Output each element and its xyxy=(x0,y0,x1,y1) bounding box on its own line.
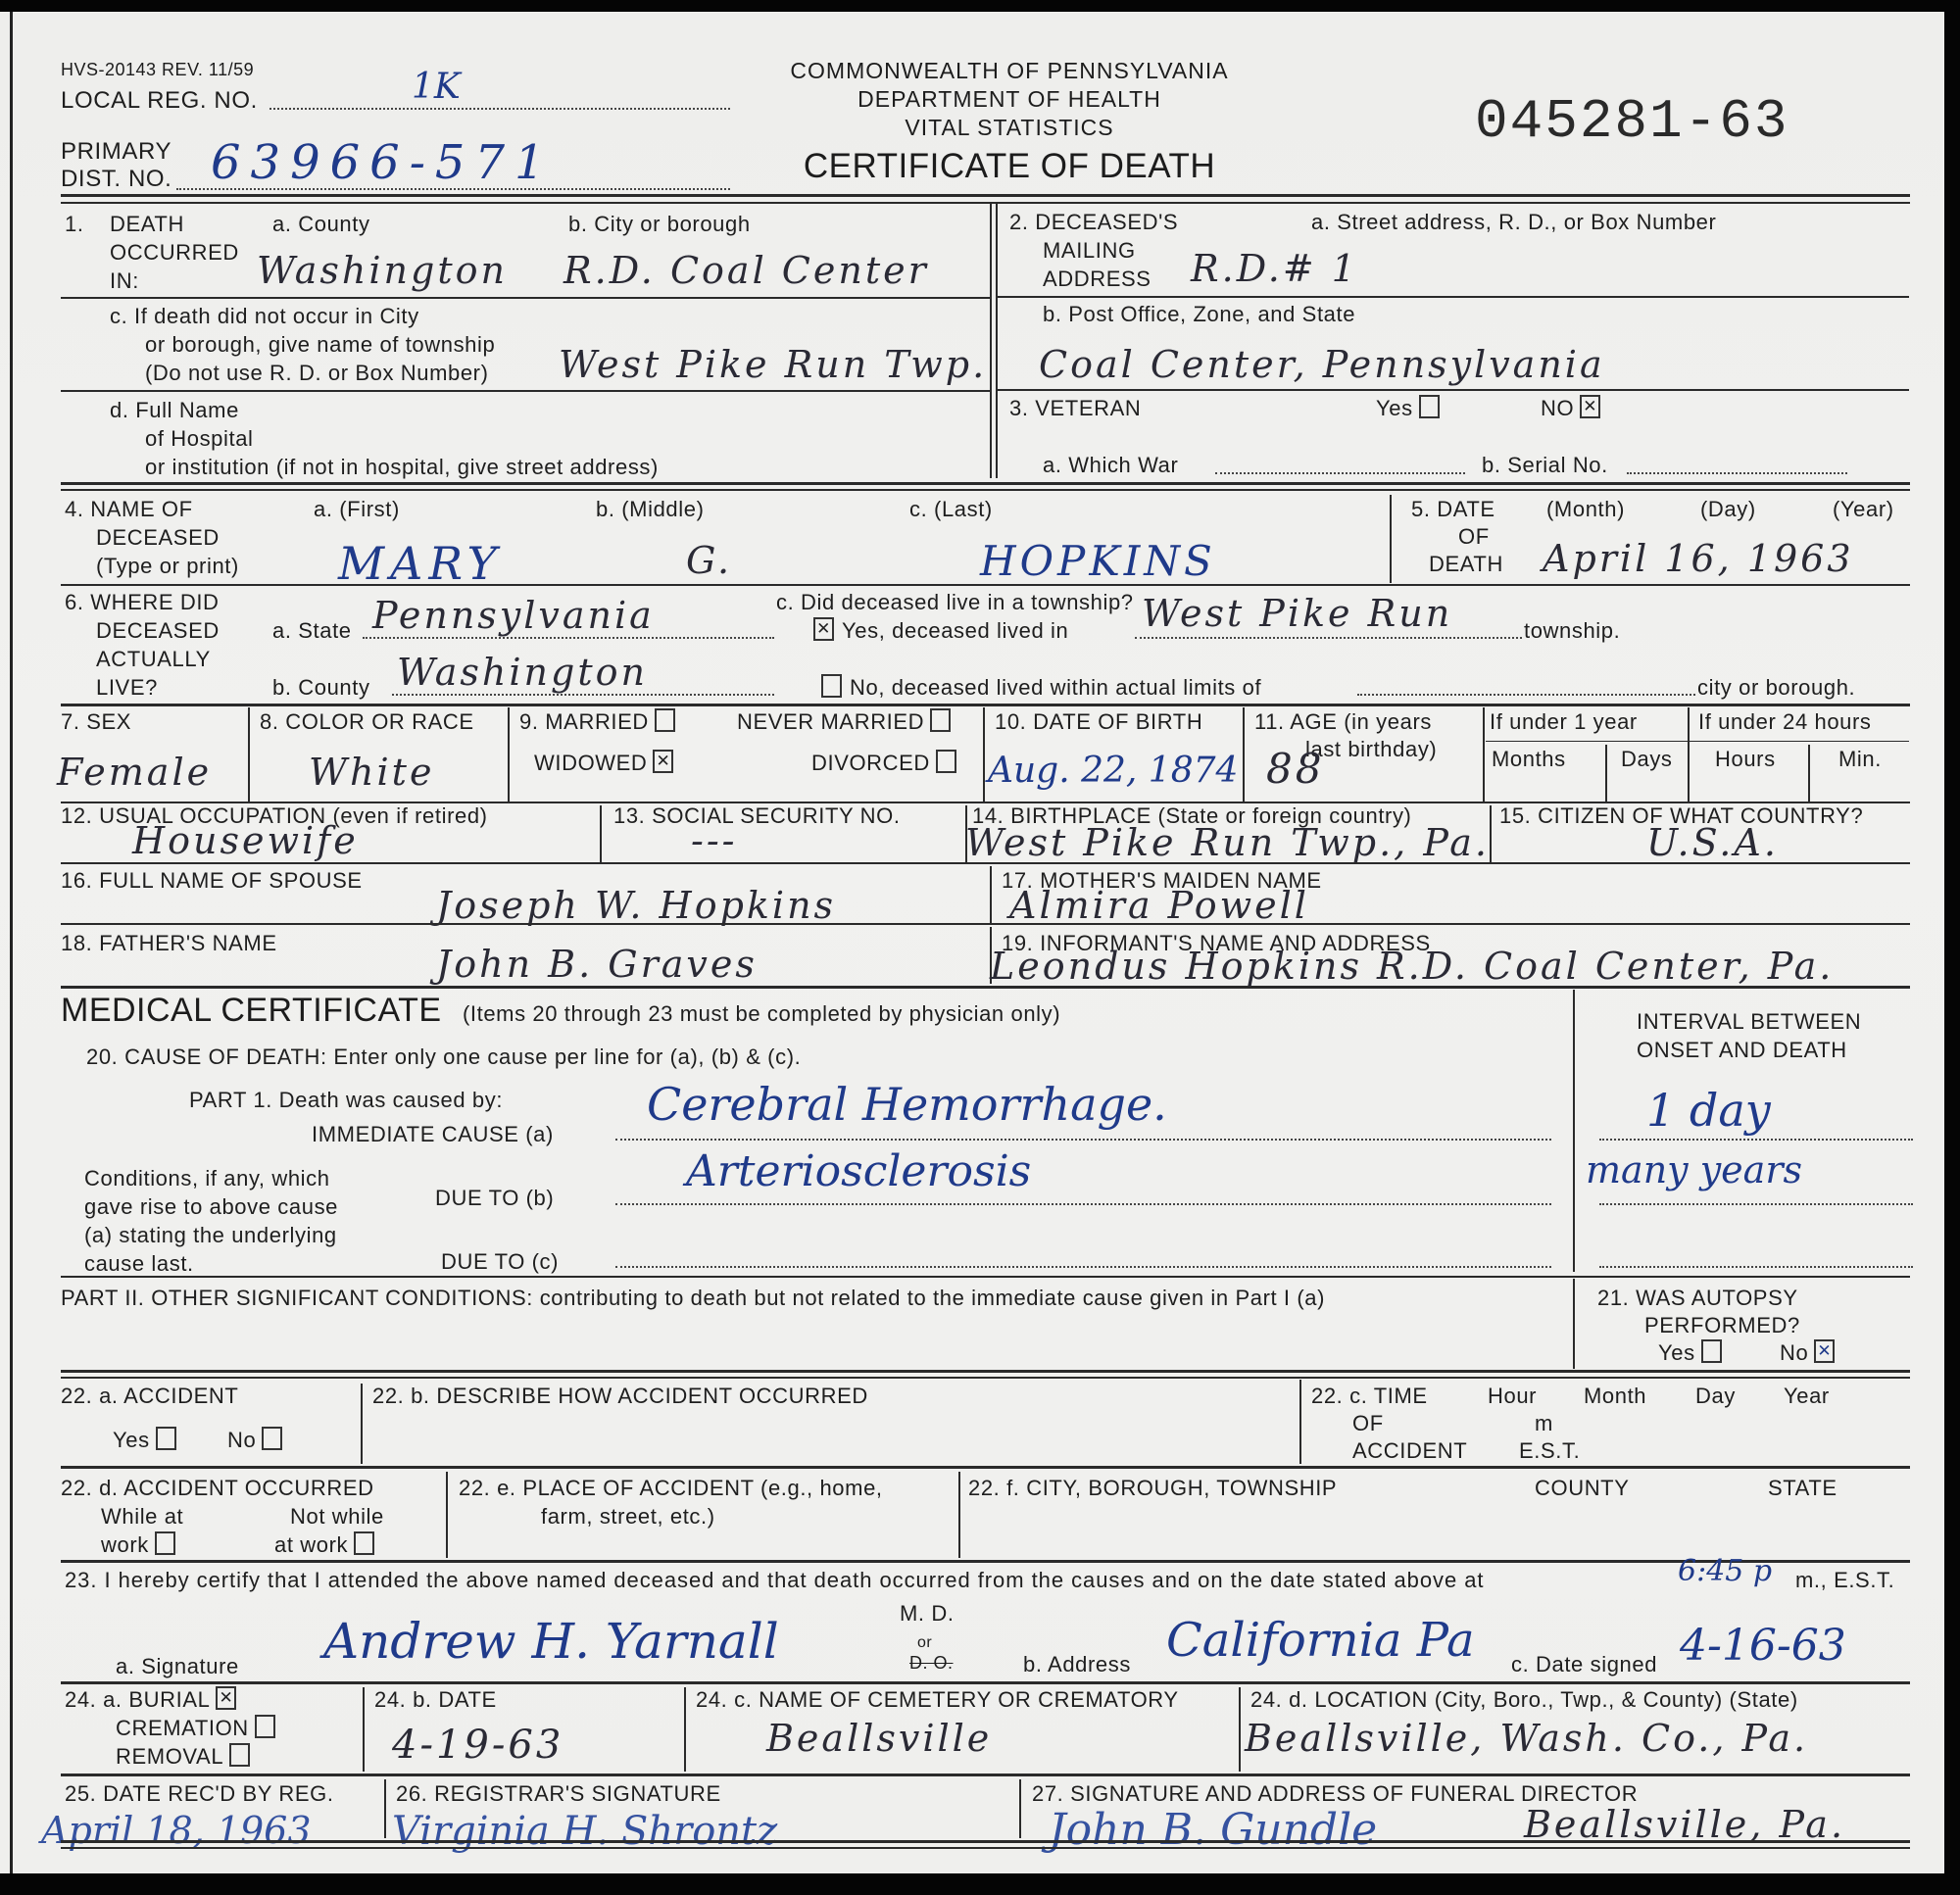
interval-c-field[interactable] xyxy=(1599,1266,1913,1268)
part2-rule xyxy=(61,1370,1910,1373)
widowed-checkbox[interactable] xyxy=(653,750,673,773)
cemetery-label: 24. c. NAME OF CEMETERY OR CREMATORY xyxy=(696,1685,1179,1714)
interval-label-1: INTERVAL BETWEEN xyxy=(1637,1007,1861,1036)
item1-rule-c xyxy=(61,390,990,392)
death-city-value[interactable]: R.D. Coal Center xyxy=(563,249,929,292)
burial-option[interactable]: 24. a. BURIAL xyxy=(65,1685,236,1714)
header-rule-2 xyxy=(61,202,1910,204)
death-time-suffix: m., E.S.T. xyxy=(1795,1566,1894,1594)
agency-line-3: VITAL STATISTICS xyxy=(755,114,1264,142)
item1-divider xyxy=(990,204,992,478)
interval-label-2: ONSET AND DEATH xyxy=(1637,1036,1847,1064)
death-township-label-3: (Do not use R. D. or Box Number) xyxy=(145,359,489,387)
occupation-value[interactable]: Housewife xyxy=(132,819,359,862)
item1-divider-2 xyxy=(996,204,998,478)
v-26-27 xyxy=(1019,1779,1021,1838)
date-received-label: 25. DATE REC'D BY REG. xyxy=(65,1779,334,1808)
serial-no-label: b. Serial No. xyxy=(1482,451,1608,479)
under-1-year-label: If under 1 year xyxy=(1490,707,1638,736)
divorced-checkbox[interactable] xyxy=(936,750,956,773)
part2-label: PART II. OTHER SIGNIFICANT CONDITIONS: c… xyxy=(61,1284,1325,1312)
age-label-2: last birthday) xyxy=(1305,735,1437,763)
conditions-text-1: Conditions, if any, which xyxy=(84,1164,330,1192)
v-11-under1 xyxy=(1483,707,1485,802)
interval-divider xyxy=(1573,990,1575,1272)
accident-state-label: STATE xyxy=(1768,1474,1837,1502)
v-25-26 xyxy=(384,1779,386,1838)
name-label-3: (Type or print) xyxy=(96,552,239,580)
v-24b-24c xyxy=(684,1687,686,1772)
autopsy-yes-checkbox[interactable] xyxy=(1701,1339,1722,1363)
township-suffix: township. xyxy=(1524,616,1620,645)
section-rule-1 xyxy=(61,482,1910,485)
agency-line-1: COMMONWEALTH OF PENNSYLVANIA xyxy=(755,57,1264,85)
veteran-no-label: NO xyxy=(1541,396,1574,420)
married-option[interactable]: 9. MARRIED xyxy=(519,707,675,736)
item2-rule-b xyxy=(998,389,1909,391)
item5-divider xyxy=(1390,495,1392,583)
row16-rule xyxy=(61,923,1910,925)
conditions-text-3: (a) stating the underlying xyxy=(84,1221,337,1249)
married-checkbox[interactable] xyxy=(655,708,675,732)
death-township-label-1: c. If death did not occur in City xyxy=(110,302,419,330)
widowed-option[interactable]: WIDOWED xyxy=(534,749,673,777)
cemetery-location-label: 24. d. LOCATION (City, Boro., Twp., & Co… xyxy=(1250,1685,1798,1714)
burial-date-label: 24. b. DATE xyxy=(374,1685,497,1714)
never-married-option[interactable]: NEVER MARRIED xyxy=(737,707,951,736)
place-of-accident-label-1: 22. e. PLACE OF ACCIDENT (e.g., home, xyxy=(459,1474,883,1502)
page-title: CERTIFICATE OF DEATH xyxy=(755,147,1264,186)
race-label: 8. COLOR OR RACE xyxy=(260,707,474,736)
v-24c-24d xyxy=(1239,1687,1241,1772)
age-value[interactable]: 88 xyxy=(1266,745,1324,793)
cremation-option[interactable]: CREMATION xyxy=(116,1714,275,1742)
autopsy-no-label: No xyxy=(1780,1340,1808,1365)
removal-option[interactable]: REMOVAL xyxy=(116,1742,250,1771)
residence-county-value[interactable]: Washington xyxy=(397,651,648,694)
due-to-c-label: DUE TO (c) xyxy=(441,1247,559,1276)
medical-subtitle: (Items 20 through 23 must be completed b… xyxy=(463,999,1060,1028)
part2-rule-b xyxy=(61,1377,1910,1379)
residence-label-4: LIVE? xyxy=(96,673,158,702)
accident-time-label-1: 22. c. TIME xyxy=(1311,1382,1428,1410)
accident-m-label: m xyxy=(1535,1409,1553,1437)
accident-label: 22. a. ACCIDENT xyxy=(61,1382,238,1410)
physician-signature[interactable]: Andrew H. Yarnall xyxy=(323,1613,779,1670)
part2-divider xyxy=(1573,1279,1575,1369)
never-married-checkbox[interactable] xyxy=(930,708,951,732)
burial-checkbox[interactable] xyxy=(216,1686,236,1710)
street-address-label: a. Street address, R. D., or Box Number xyxy=(1311,208,1716,236)
post-office-value[interactable]: Coal Center, Pennsylvania xyxy=(1039,343,1605,386)
item1-label-1: DEATH xyxy=(110,210,184,238)
v-7-8 xyxy=(248,707,250,802)
medical-certificate-title: MEDICAL CERTIFICATE xyxy=(61,992,442,1030)
item2-label-3: ADDRESS xyxy=(1043,265,1151,293)
interval-b-value[interactable]: many years xyxy=(1586,1148,1802,1191)
v-hours-min xyxy=(1808,745,1810,802)
last-name-value[interactable]: HOPKINS xyxy=(980,537,1216,585)
do-label: D. O. xyxy=(909,1650,954,1676)
widowed-label: WIDOWED xyxy=(534,751,647,775)
cremation-checkbox[interactable] xyxy=(255,1715,275,1738)
father-value[interactable]: John B. Graves xyxy=(436,943,758,986)
autopsy-yes-label: Yes xyxy=(1658,1340,1695,1365)
removal-checkbox[interactable] xyxy=(229,1743,250,1767)
row23-rule xyxy=(61,1681,1910,1684)
item1-number: 1. xyxy=(65,210,84,238)
form-number: HVS-20143 REV. 11/59 xyxy=(61,57,254,82)
name-label-2: DECEASED xyxy=(96,523,220,552)
veteran-yes-label: Yes xyxy=(1376,396,1413,420)
accident-hour-label: Hour xyxy=(1488,1382,1537,1410)
row18-rule xyxy=(61,986,1910,989)
ssn-label: 13. SOCIAL SECURITY NO. xyxy=(613,802,901,830)
due-to-b-label: DUE TO (b) xyxy=(435,1184,554,1212)
death-month-label: (Month) xyxy=(1546,495,1625,523)
removal-label: REMOVAL xyxy=(116,1744,223,1769)
township-yes-checkbox[interactable] xyxy=(813,617,834,641)
cremation-label: CREMATION xyxy=(116,1716,249,1740)
interval-a-value[interactable]: 1 day xyxy=(1646,1084,1771,1137)
bottom-rule-b xyxy=(61,1847,1910,1849)
race-value[interactable]: White xyxy=(309,751,434,794)
veteran-label: 3. VETERAN xyxy=(1009,394,1141,422)
age-label-1: 11. AGE (in years xyxy=(1254,707,1432,736)
part1-label: PART 1. Death was caused by: xyxy=(189,1086,503,1114)
death-year-label: (Year) xyxy=(1833,495,1894,523)
death-date-value[interactable]: April 16, 1963 xyxy=(1543,537,1854,580)
veteran-yes[interactable]: Yes xyxy=(1376,394,1440,422)
not-while-at-work-option[interactable]: at work xyxy=(274,1531,374,1559)
township-question: c. Did deceased live in a township? xyxy=(776,588,1134,616)
first-name-value[interactable]: MARY xyxy=(338,537,503,590)
death-day-label: (Day) xyxy=(1700,495,1756,523)
informant-value[interactable]: Leondus Hopkins R.D. Coal Center, Pa. xyxy=(990,945,1834,988)
v-16-17 xyxy=(990,866,992,923)
row22a-rule xyxy=(61,1466,1910,1469)
hospital-label-2: of Hospital xyxy=(145,424,254,453)
bottom-rule xyxy=(61,1840,1910,1843)
min-label: Min. xyxy=(1838,745,1882,773)
v-months-days xyxy=(1605,745,1607,802)
hours-label: Hours xyxy=(1715,745,1776,773)
death-date-label-2: OF xyxy=(1458,522,1490,551)
autopsy-no-checkbox[interactable] xyxy=(1814,1339,1835,1363)
mother-maiden-value[interactable]: Almira Powell xyxy=(1009,884,1309,927)
v-22d-22e xyxy=(446,1472,448,1558)
burial-label: 24. a. BURIAL xyxy=(65,1687,210,1712)
registrar-signature-label: 26. REGISTRAR'S SIGNATURE xyxy=(396,1779,721,1808)
residence-state-value[interactable]: Pennsylvania xyxy=(372,594,655,637)
months-label: Months xyxy=(1492,745,1566,773)
death-county-label: a. County xyxy=(272,210,370,238)
post-office-label: b. Post Office, Zone, and State xyxy=(1043,300,1355,328)
item6-rule xyxy=(61,704,1910,706)
autopsy-yes-option[interactable]: Yes xyxy=(1658,1338,1722,1367)
due-to-b-value[interactable]: Arteriosclerosis xyxy=(686,1146,1031,1196)
father-label: 18. FATHER'S NAME xyxy=(61,929,277,957)
item2-label-1: 2. DECEASED'S xyxy=(1009,208,1178,236)
while-at-work-option[interactable]: work xyxy=(101,1531,175,1559)
accident-est-label: E.S.T. xyxy=(1519,1436,1580,1465)
local-reg-label: LOCAL REG. NO. xyxy=(61,86,258,115)
physician-address-value[interactable]: California Pa xyxy=(1166,1613,1475,1668)
while-at-work-label-2: work xyxy=(101,1532,149,1557)
interval-a-line xyxy=(1599,1139,1913,1141)
which-war-field[interactable] xyxy=(1215,472,1465,474)
immediate-cause-line xyxy=(615,1139,1551,1141)
primary-dist-value[interactable]: 63966-571 xyxy=(211,135,555,190)
birth-date-value[interactable]: Aug. 22, 1874 xyxy=(988,751,1238,791)
autopsy-label-2: PERFORMED? xyxy=(1644,1311,1800,1339)
row22d-rule xyxy=(61,1560,1910,1563)
divorced-label: DIVORCED xyxy=(811,751,930,775)
v-14-15 xyxy=(1490,805,1492,862)
city-limits-field[interactable] xyxy=(1357,694,1695,696)
days-label: Days xyxy=(1621,745,1673,773)
accident-no-label: No xyxy=(227,1428,256,1452)
v-9-10 xyxy=(983,707,985,802)
accident-no-option[interactable]: No xyxy=(227,1426,282,1454)
not-while-at-work-checkbox[interactable] xyxy=(354,1531,374,1555)
due-to-c-field[interactable] xyxy=(615,1266,1551,1268)
veteran-no[interactable]: NO xyxy=(1541,394,1600,422)
accident-yes-checkbox[interactable] xyxy=(156,1427,176,1450)
signature-label: a. Signature xyxy=(116,1652,239,1680)
cemetery-location-value[interactable]: Beallsville, Wash. Co., Pa. xyxy=(1245,1717,1808,1760)
item1-label-2: OCCURRED xyxy=(110,238,239,267)
middle-name-value[interactable]: G. xyxy=(686,539,732,582)
row12-rule xyxy=(61,862,1910,864)
not-while-at-work-label-2: at work xyxy=(274,1532,348,1557)
immediate-cause-label: IMMEDIATE CAUSE (a) xyxy=(312,1120,554,1148)
cemetery-value[interactable]: Beallsville xyxy=(766,1717,992,1760)
primary-dist-label-1: PRIMARY xyxy=(61,137,171,166)
header-rule xyxy=(61,194,1910,197)
spouse-label: 16. FULL NAME OF SPOUSE xyxy=(61,866,363,895)
local-reg-value[interactable]: 1K xyxy=(412,67,461,107)
divorced-option[interactable]: DIVORCED xyxy=(811,749,956,777)
v-12-13 xyxy=(600,805,602,862)
v-10-11 xyxy=(1243,707,1245,802)
township-yes-text: Yes, deceased lived in xyxy=(842,618,1068,643)
item2-rule-a xyxy=(998,296,1909,298)
conditions-text-2: gave rise to above cause xyxy=(84,1192,338,1221)
death-date-label-1: 5. DATE xyxy=(1411,495,1495,523)
township-no-text: No, deceased lived within actual limits … xyxy=(850,675,1261,700)
item1-label-3: IN: xyxy=(110,267,139,295)
residence-label-3: ACTUALLY xyxy=(96,645,211,673)
accident-month-label: Month xyxy=(1584,1382,1646,1410)
interval-b-line xyxy=(1599,1203,1913,1205)
row24-rule xyxy=(61,1774,1910,1776)
sex-label: 7. SEX xyxy=(61,707,131,736)
township-no-option[interactable]: No, deceased lived within actual limits … xyxy=(821,673,1261,702)
primary-dist-label-2: DIST. NO. xyxy=(61,165,171,193)
section-rule-1b xyxy=(61,489,1910,491)
residence-label-2: DECEASED xyxy=(96,616,220,645)
item4-rule xyxy=(61,584,1910,586)
residence-state-line xyxy=(363,637,774,639)
item2-label-2: MAILING xyxy=(1043,236,1136,265)
item1-rule-a xyxy=(61,297,990,299)
last-name-label: c. (Last) xyxy=(909,495,993,523)
first-name-label: a. (First) xyxy=(314,495,400,523)
death-time-value[interactable]: 6:45 p xyxy=(1678,1554,1772,1588)
never-married-label: NEVER MARRIED xyxy=(737,709,924,734)
death-date-label-3: DEATH xyxy=(1429,550,1503,578)
physician-address-label: b. Address xyxy=(1023,1650,1131,1678)
under-rule xyxy=(1486,741,1909,742)
accident-yes-option[interactable]: Yes xyxy=(113,1426,176,1454)
death-township-value[interactable]: West Pike Run Twp. xyxy=(559,343,987,386)
death-county-value[interactable]: Washington xyxy=(257,249,508,292)
accident-day-label: Day xyxy=(1695,1382,1736,1410)
street-address-value[interactable]: R.D.# 1 xyxy=(1191,247,1358,290)
v-24a-24b xyxy=(363,1687,365,1772)
not-while-at-work-label-1: Not while xyxy=(290,1502,384,1531)
ssn-value[interactable]: --- xyxy=(691,819,738,862)
v-22b-22c xyxy=(1299,1380,1301,1464)
page-left-border xyxy=(10,12,13,1873)
burial-date-value[interactable]: 4-19-63 xyxy=(392,1723,563,1768)
due-to-b-line xyxy=(615,1203,1551,1205)
township-yes-option[interactable]: Yes, deceased lived in xyxy=(813,616,1068,645)
residence-county-line xyxy=(392,694,774,696)
accident-year-label: Year xyxy=(1784,1382,1830,1410)
accident-city-label: 22. f. CITY, BOROUGH, TOWNSHIP xyxy=(968,1474,1337,1502)
accident-time-label-3: ACCIDENT xyxy=(1352,1436,1467,1465)
accident-county-label: COUNTY xyxy=(1535,1474,1630,1502)
residence-state-label: a. State xyxy=(272,616,352,645)
cause-of-death-label: 20. CAUSE OF DEATH: Enter only one cause… xyxy=(86,1043,801,1071)
immediate-cause-value[interactable]: Cerebral Hemorrhage. xyxy=(647,1078,1167,1131)
v-22a-22b xyxy=(361,1384,363,1464)
date-signed-value[interactable]: 4-16-63 xyxy=(1680,1621,1846,1671)
hospital-label-3: or institution (if not in hospital, give… xyxy=(145,453,659,481)
birthplace-value[interactable]: West Pike Run Twp., Pa. xyxy=(965,821,1490,864)
city-suffix: city or borough. xyxy=(1697,673,1855,702)
describe-accident-label: 22. b. DESCRIBE HOW ACCIDENT OCCURRED xyxy=(372,1382,868,1410)
v-8-9 xyxy=(508,707,510,802)
certificate-number: 045281-63 xyxy=(1475,90,1788,153)
serial-no-field[interactable] xyxy=(1627,472,1847,474)
under-24-hours-label: If under 24 hours xyxy=(1698,707,1872,736)
place-of-accident-label-2: farm, street, etc.) xyxy=(541,1502,715,1531)
accident-no-checkbox[interactable] xyxy=(262,1427,282,1450)
birth-date-label: 10. DATE OF BIRTH xyxy=(995,707,1202,736)
date-received-value[interactable]: April 18, 1963 xyxy=(41,1809,312,1852)
veteran-yes-checkbox[interactable] xyxy=(1419,395,1440,418)
township-line xyxy=(1135,637,1522,639)
accident-yes-label: Yes xyxy=(113,1428,150,1452)
accident-occurred-label: 22. d. ACCIDENT OCCURRED xyxy=(61,1474,374,1502)
citizenship-value[interactable]: U.S.A. xyxy=(1646,821,1779,864)
sex-value[interactable]: Female xyxy=(57,751,212,794)
death-city-label: b. City or borough xyxy=(568,210,751,238)
date-signed-label: c. Date signed xyxy=(1511,1650,1657,1678)
spouse-value[interactable]: Joseph W. Hopkins xyxy=(436,884,836,927)
hospital-label-1: d. Full Name xyxy=(110,396,239,424)
death-township-label-2: or borough, give name of township xyxy=(145,330,495,359)
residence-label-1: 6. WHERE DID xyxy=(65,588,220,616)
v-under1-under24 xyxy=(1688,707,1690,802)
conditions-text-4: cause last. xyxy=(84,1249,194,1278)
township-no-checkbox[interactable] xyxy=(821,674,842,698)
middle-name-label: b. (Middle) xyxy=(596,495,705,523)
which-war-label: a. Which War xyxy=(1043,451,1178,479)
while-at-work-checkbox[interactable] xyxy=(155,1531,175,1555)
while-at-work-label-1: While at xyxy=(101,1502,183,1531)
accident-time-label-2: OF xyxy=(1352,1409,1384,1437)
township-value[interactable]: West Pike Run xyxy=(1142,592,1452,635)
name-label-1: 4. NAME OF xyxy=(65,495,193,523)
md-label: M. D. xyxy=(900,1599,955,1628)
agency-line-2: DEPARTMENT OF HEALTH xyxy=(755,85,1264,114)
married-label: 9. MARRIED xyxy=(519,709,649,734)
veteran-no-checkbox[interactable] xyxy=(1580,395,1600,418)
v-22e-22f xyxy=(958,1472,960,1558)
part1-rule xyxy=(61,1276,1910,1278)
certification-statement: 23. I hereby certify that I attended the… xyxy=(65,1566,1484,1594)
autopsy-no-option[interactable]: No xyxy=(1780,1338,1835,1367)
local-reg-line xyxy=(269,108,730,110)
residence-county-label: b. County xyxy=(272,673,370,702)
autopsy-label-1: 21. WAS AUTOPSY xyxy=(1597,1284,1798,1312)
